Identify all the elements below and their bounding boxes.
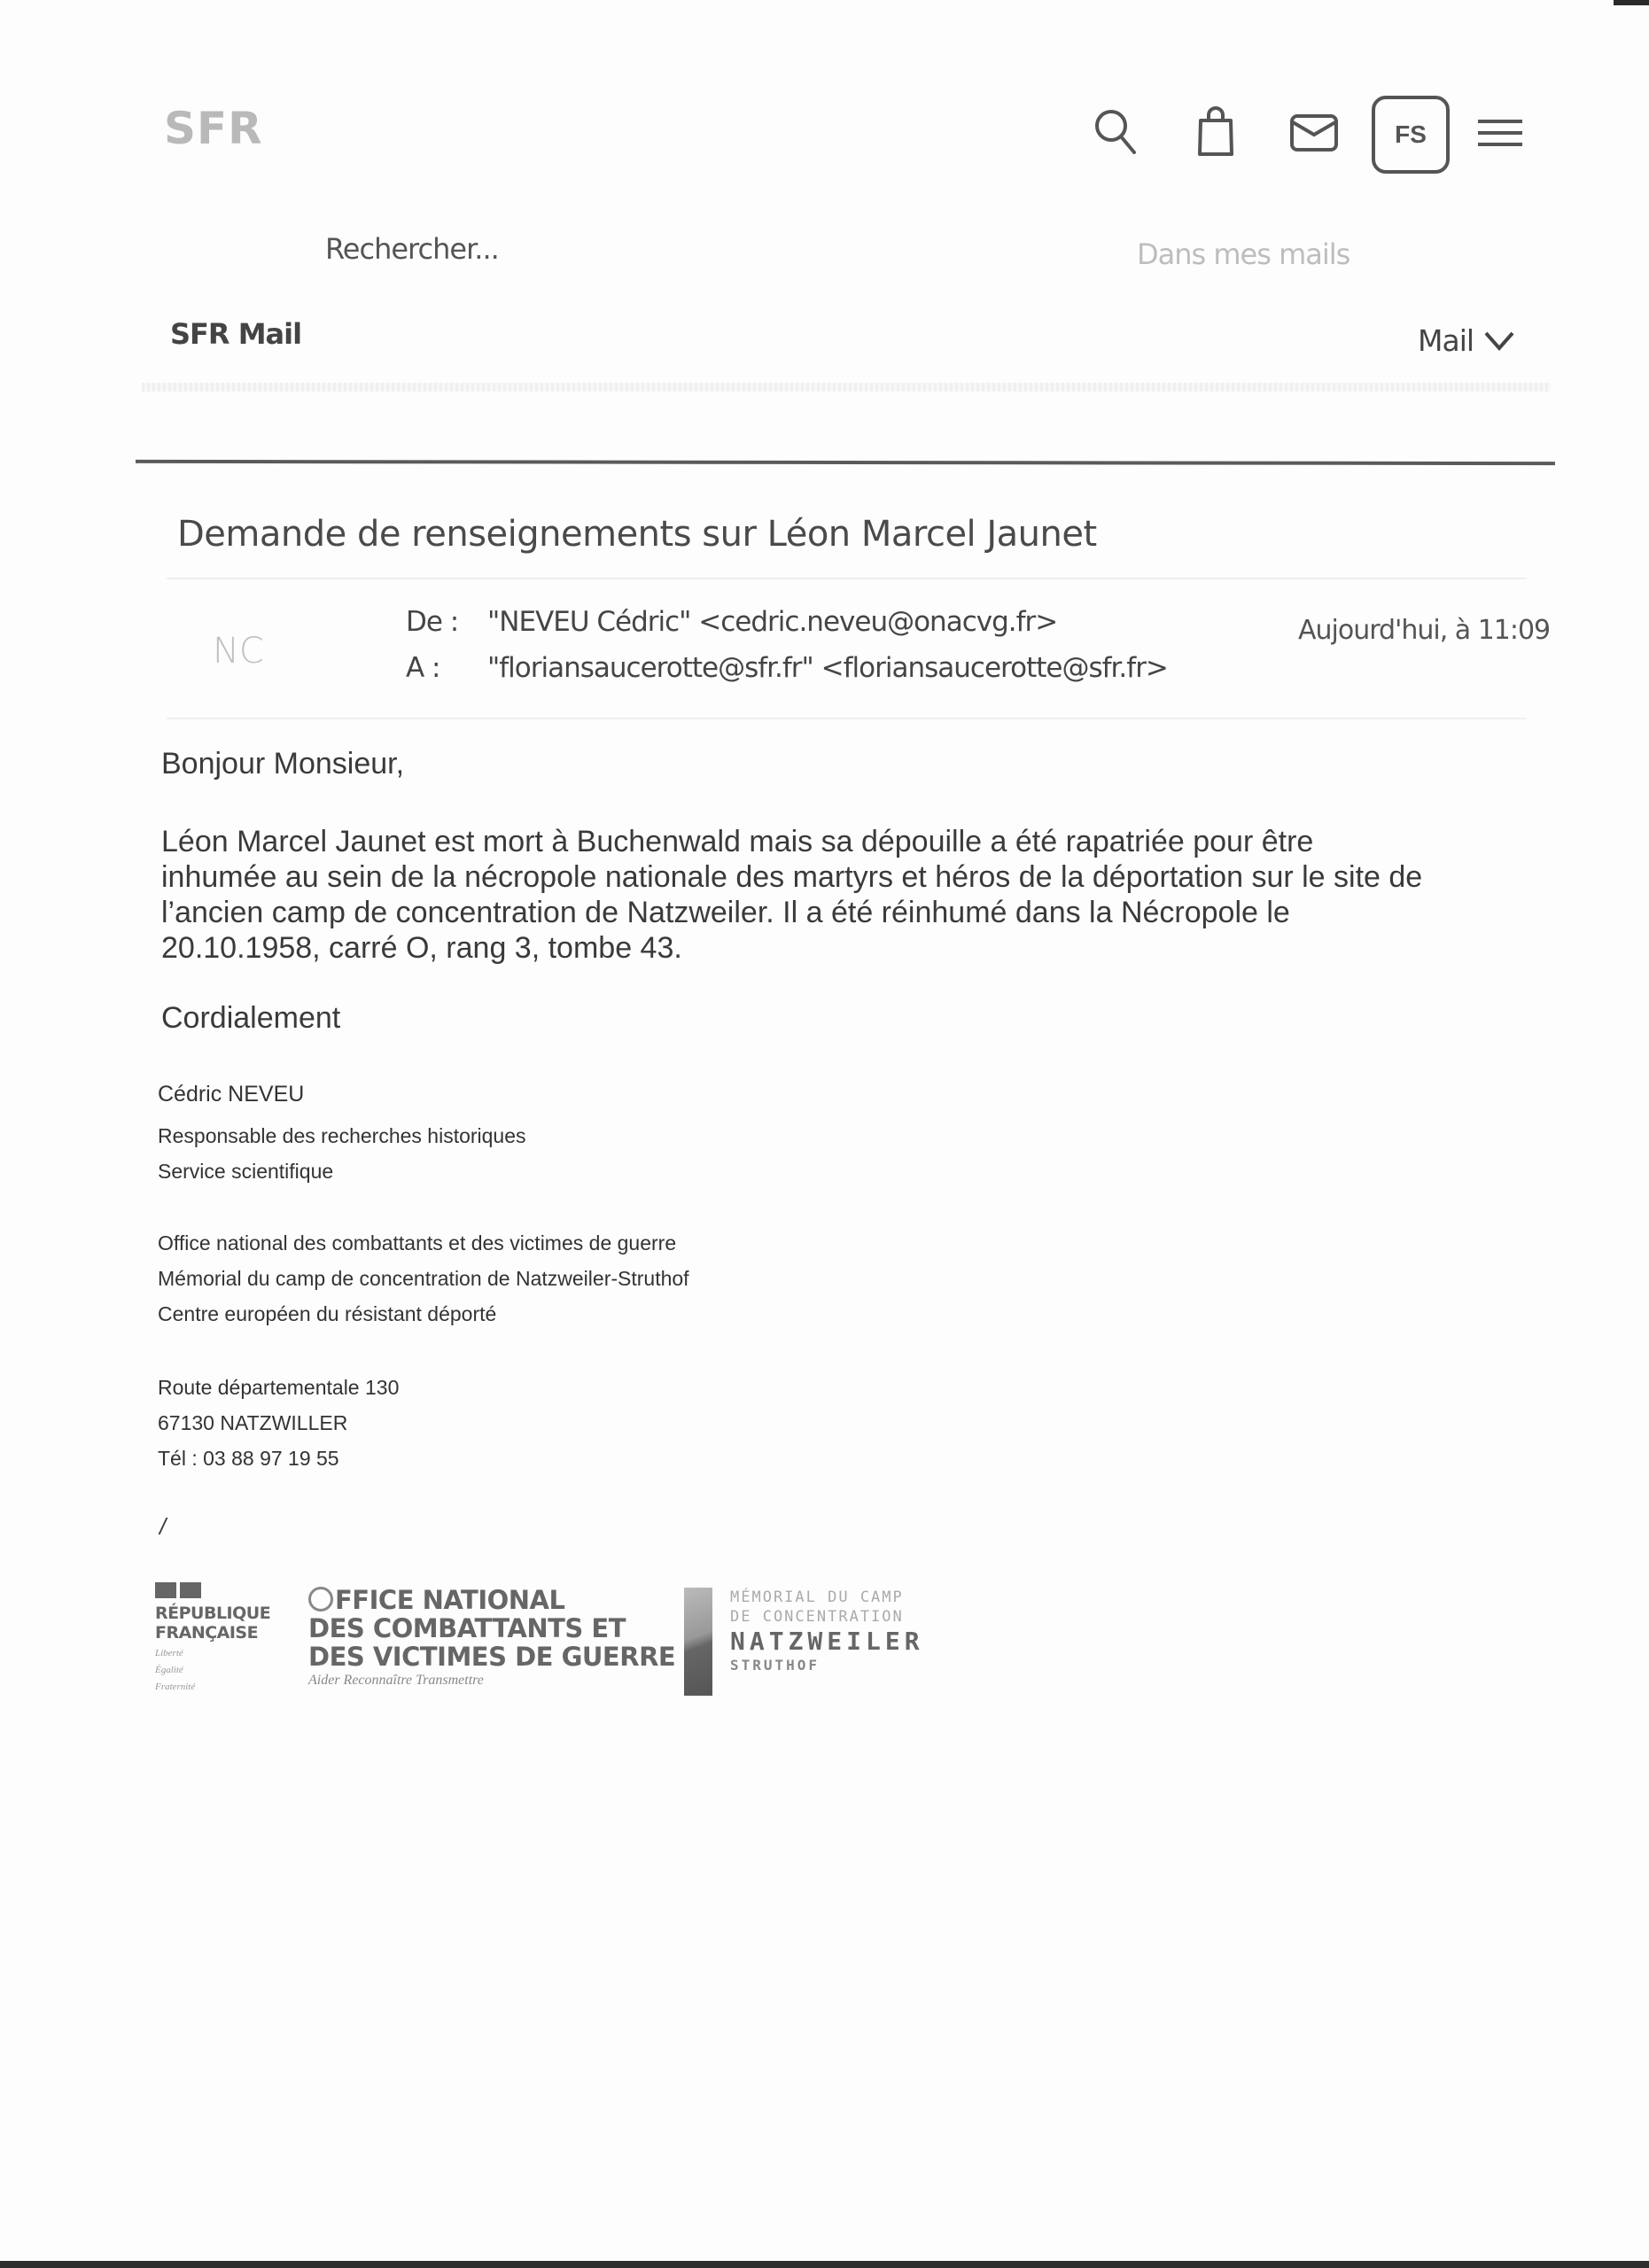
from-row: De : "NEVEU Cédric" <cedric.neveu@onacvg… (406, 606, 1057, 638)
memorial-emblem-icon (684, 1588, 712, 1696)
app-name: SFR Mail (170, 317, 301, 351)
republique-francaise-logo: RÉPUBLIQUE FRANÇAISE Liberté Égalité Fra… (155, 1582, 279, 1693)
divider (136, 460, 1555, 465)
scan-artifact (1614, 0, 1649, 5)
signature-org: Mémorial du camp de concentration de Nat… (158, 1261, 689, 1296)
onac-logo: FFICE NATIONAL DES COMBATTANTS ET DES VI… (308, 1586, 675, 1689)
message-date: Aujourd'hui, à 11:09 (1298, 615, 1550, 646)
signature-org: Centre européen du résistant déporté (158, 1296, 689, 1332)
chevron-down-icon (1484, 330, 1514, 352)
onac-emblem-icon (308, 1587, 333, 1612)
to-address[interactable]: "floriansaucerotte@sfr.fr" <floriansauce… (487, 652, 1168, 684)
scan-artifact (0, 2261, 1649, 2268)
message-greeting: Bonjour Monsieur, (161, 747, 404, 781)
to-label: A : (406, 652, 487, 684)
phone-number: Tél : 03 88 97 19 55 (158, 1441, 399, 1476)
folder-select-label: Mail (1418, 323, 1474, 358)
signature-name: Cédric NEVEU (158, 1076, 304, 1112)
folder-select[interactable]: Mail (1418, 323, 1514, 358)
search-scope-select[interactable]: Dans mes mails (1137, 237, 1350, 271)
signature-role: Responsable des recherches historiques S… (158, 1118, 526, 1189)
divider (142, 383, 1551, 392)
memorial-natzweiler-logo: MÉMORIAL DU CAMP DE CONCENTRATION NATZWE… (684, 1588, 924, 1696)
mail-icon[interactable] (1289, 113, 1339, 152)
address-line: Route départementale 130 (158, 1370, 399, 1405)
signature-title: Responsable des recherches historiques (158, 1118, 526, 1153)
flag-icon (155, 1582, 279, 1598)
sender-avatar: NC (213, 631, 264, 672)
signature-service: Service scientifique (158, 1153, 526, 1189)
divider (167, 578, 1527, 579)
address-line: 67130 NATZWILLER (158, 1405, 399, 1441)
user-initials: FS (1395, 120, 1427, 149)
divider (167, 718, 1527, 719)
user-avatar-button[interactable]: FS (1372, 96, 1450, 174)
search-input[interactable]: Rechercher... (325, 232, 499, 266)
to-row: A : "floriansaucerotte@sfr.fr" <florians… (406, 652, 1168, 684)
message-closing: Cordialement (161, 1001, 340, 1036)
sfr-logo[interactable]: SFR (164, 103, 263, 154)
search-icon[interactable] (1092, 106, 1141, 159)
signature-org: Office national des combattants et des v… (158, 1225, 689, 1261)
from-address[interactable]: "NEVEU Cédric" <cedric.neveu@onacvg.fr> (487, 606, 1057, 638)
signature-separator: / (159, 1513, 166, 1541)
message-paragraph: Léon Marcel Jaunet est mort à Buchenwald… (161, 824, 1437, 966)
menu-icon[interactable] (1476, 117, 1524, 149)
signature-organizations: Office national des combattants et des v… (158, 1225, 689, 1332)
message-subject: Demande de renseignements sur Léon Marce… (177, 514, 1097, 555)
shopping-bag-icon[interactable] (1196, 106, 1235, 158)
signature-address: Route départementale 130 67130 NATZWILLE… (158, 1370, 399, 1476)
from-label: De : (406, 606, 487, 638)
